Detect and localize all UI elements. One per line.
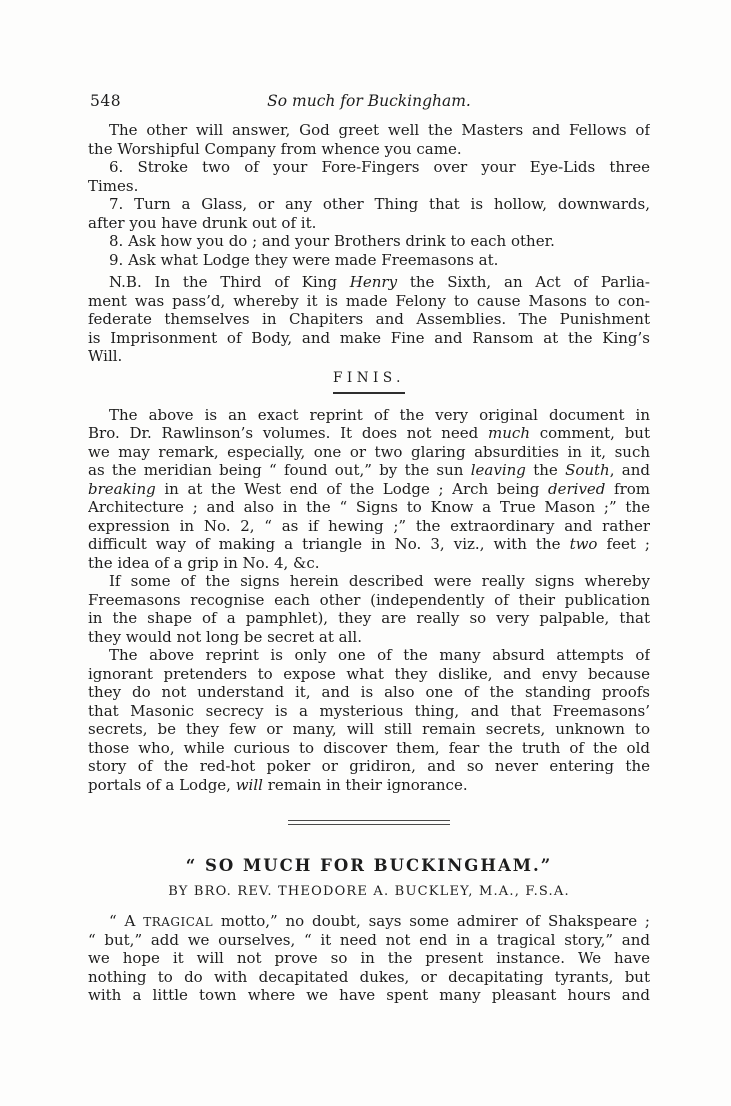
paragraph: 8. Ask how you do ; and your Brothers dr… xyxy=(88,232,650,251)
paragraph: 9. Ask what Lodge they were made Freemas… xyxy=(88,251,650,270)
text-line: that Masonic secrecy is a mysterious thi… xyxy=(88,702,650,721)
text-segment: Times. xyxy=(88,177,138,195)
paragraph: The above is an exact reprint of the ver… xyxy=(88,406,650,573)
article-byline: BY BRO. REV. THEODORE A. BUCKLEY, M.A., … xyxy=(88,884,650,899)
italic-text: breaking xyxy=(88,480,156,498)
text-line: story of the red-hot poker or gridiron, … xyxy=(88,757,650,776)
text-line: the Worshipful Company from whence you c… xyxy=(88,140,650,159)
paragraph: The above reprint is only one of the man… xyxy=(88,646,650,794)
text-line: nothing to do with decapitated dukes, or… xyxy=(88,968,650,987)
text-segment: Will. xyxy=(88,347,122,365)
text-segment: they do not understand it, and is also o… xyxy=(88,683,650,701)
paragraph: If some of the signs herein described we… xyxy=(88,572,650,646)
text-segment: “ A xyxy=(109,912,143,930)
running-head: So much for Buckingham. xyxy=(88,92,650,110)
text-line: The other will answer, God greet well th… xyxy=(88,121,650,140)
paragraph: N.B. In the Third of King Henry the Sixt… xyxy=(88,273,650,366)
text-segment: N.B. In the Third of King xyxy=(109,273,350,291)
text-line: secrets, be they few or many, will still… xyxy=(88,720,650,739)
italic-text: much xyxy=(488,424,530,442)
text-line: ignorant pretenders to expose what they … xyxy=(88,665,650,684)
text-line: with a little town where we have spent m… xyxy=(88,986,650,1005)
text-line: federate themselves in Chapiters and Ass… xyxy=(88,310,650,329)
italic-text: derived xyxy=(548,480,605,498)
text-segment: , and xyxy=(610,461,650,479)
text-segment: nothing to do with decapitated dukes, or… xyxy=(88,968,650,986)
text-segment: Freemasons recognise each other (indepen… xyxy=(88,591,650,609)
text-line: in the shape of a pamphlet), they are re… xyxy=(88,609,650,628)
article-end-body: The other will answer, God greet well th… xyxy=(88,121,650,366)
italic-text: two xyxy=(570,535,598,553)
book-page: 548 So much for Buckingham. The other wi… xyxy=(0,0,731,1106)
paragraph: The other will answer, God greet well th… xyxy=(88,121,650,158)
text-line: N.B. In the Third of King Henry the Sixt… xyxy=(88,273,650,292)
text-block: 548 So much for Buckingham. The other wi… xyxy=(88,92,650,1005)
italic-text: South xyxy=(565,461,610,479)
finis-label: FINIS. xyxy=(88,370,650,386)
text-line: as the meridian being “ found out,” by t… xyxy=(88,461,650,480)
text-line: the idea of a grip in No. 4, &c. xyxy=(88,554,650,573)
text-line: 7. Turn a Glass, or any other Thing that… xyxy=(88,195,650,214)
section-divider xyxy=(288,820,450,825)
text-line: after you have drunk out of it. xyxy=(88,214,650,233)
paragraph: 6. Stroke two of your Fore-Fingers over … xyxy=(88,158,650,195)
text-segment: secrets, be they few or many, will still… xyxy=(88,720,650,738)
text-segment: 8. Ask how you do ; and your Brothers dr… xyxy=(109,232,555,250)
page-header: 548 So much for Buckingham. xyxy=(88,92,650,112)
text-line: difficult way of making a triangle in No… xyxy=(88,535,650,554)
text-segment: feet ; xyxy=(597,535,650,553)
text-line: “ A TRAGICAL motto,” no doubt, says some… xyxy=(88,912,650,931)
text-segment: ignorant pretenders to expose what they … xyxy=(88,665,650,683)
text-line: Times. xyxy=(88,177,650,196)
commentary-body: The above is an exact reprint of the ver… xyxy=(88,406,650,795)
text-segment: 6. Stroke two of your Fore-Fingers over … xyxy=(109,158,650,176)
text-line: 9. Ask what Lodge they were made Freemas… xyxy=(88,251,650,270)
text-line: Freemasons recognise each other (indepen… xyxy=(88,591,650,610)
text-line: Will. xyxy=(88,347,650,366)
text-segment: they would not long be secret at all. xyxy=(88,628,362,646)
text-segment: Bro. Dr. Rawlinson’s volumes. It does no… xyxy=(88,424,488,442)
text-line: they do not understand it, and is also o… xyxy=(88,683,650,702)
text-line: breaking in at the West end of the Lodge… xyxy=(88,480,650,499)
text-segment: comment, but xyxy=(530,424,650,442)
text-segment: with a little town where we have spent m… xyxy=(88,986,650,1004)
text-segment: portals of a Lodge, xyxy=(88,776,236,794)
text-segment: we hope it will not prove so in the pres… xyxy=(88,949,650,967)
text-line: portals of a Lodge, will remain in their… xyxy=(88,776,650,795)
italic-text: will xyxy=(236,776,263,794)
text-segment: those who, while curious to discover the… xyxy=(88,739,650,757)
text-segment: Architecture ; and also in the “ Signs t… xyxy=(88,498,650,516)
text-segment: motto,” no doubt, says some admirer of S… xyxy=(213,912,650,930)
text-segment: remain in their ignorance. xyxy=(263,776,468,794)
text-segment: difficult way of making a triangle in No… xyxy=(88,535,570,553)
text-segment: we may remark, especially, one or two gl… xyxy=(88,443,650,461)
text-segment: in the shape of a pamphlet), they are re… xyxy=(88,609,650,627)
text-line: ment was pass’d, whereby it is made Felo… xyxy=(88,292,650,311)
text-segment: expression in No. 2, “ as if hewing ;” t… xyxy=(88,517,650,535)
text-segment: The other will answer, God greet well th… xyxy=(109,121,650,139)
text-segment: The above reprint is only one of the man… xyxy=(109,646,650,664)
text-line: If some of the signs herein described we… xyxy=(88,572,650,591)
text-segment: federate themselves in Chapiters and Ass… xyxy=(88,310,650,328)
text-segment: from xyxy=(605,480,650,498)
text-segment: 7. Turn a Glass, or any other Thing that… xyxy=(109,195,650,213)
text-segment: ment was pass’d, whereby it is made Felo… xyxy=(88,292,650,310)
text-line: The above reprint is only one of the man… xyxy=(88,646,650,665)
paragraph: 7. Turn a Glass, or any other Thing that… xyxy=(88,195,650,232)
text-segment: that Masonic secrecy is a mysterious thi… xyxy=(88,702,650,720)
text-line: 6. Stroke two of your Fore-Fingers over … xyxy=(88,158,650,177)
article-title: “ SO MUCH FOR BUCKINGHAM.” xyxy=(88,856,650,875)
text-line: they would not long be secret at all. xyxy=(88,628,650,647)
text-segment: story of the red-hot poker or gridiron, … xyxy=(88,757,650,775)
finis-rule xyxy=(333,392,405,394)
italic-text: Henry xyxy=(350,273,397,291)
text-line: Architecture ; and also in the “ Signs t… xyxy=(88,498,650,517)
smallcaps-text: TRAGICAL xyxy=(143,915,213,929)
text-line: is Imprisonment of Body, and make Fine a… xyxy=(88,329,650,348)
text-line: “ but,” add we ourselves, “ it need not … xyxy=(88,931,650,950)
text-segment: is Imprisonment of Body, and make Fine a… xyxy=(88,329,650,347)
text-segment: the xyxy=(526,461,565,479)
text-segment: as the meridian being “ found out,” by t… xyxy=(88,461,471,479)
text-line: we may remark, especially, one or two gl… xyxy=(88,443,650,462)
text-line: expression in No. 2, “ as if hewing ;” t… xyxy=(88,517,650,536)
italic-text: leaving xyxy=(471,461,526,479)
text-segment: 9. Ask what Lodge they were made Freemas… xyxy=(109,251,498,269)
text-line: 8. Ask how you do ; and your Brothers dr… xyxy=(88,232,650,251)
paragraph: “ A TRAGICAL motto,” no doubt, says some… xyxy=(88,912,650,1005)
text-segment: in at the West end of the Lodge ; Arch b… xyxy=(156,480,548,498)
text-segment: The above is an exact reprint of the ver… xyxy=(109,406,650,424)
page-number: 548 xyxy=(90,92,121,110)
article-new-body: “ A TRAGICAL motto,” no doubt, says some… xyxy=(88,912,650,1005)
text-line: we hope it will not prove so in the pres… xyxy=(88,949,650,968)
text-segment: after you have drunk out of it. xyxy=(88,214,316,232)
text-segment: the Worshipful Company from whence you c… xyxy=(88,140,462,158)
text-segment: If some of the signs herein described we… xyxy=(109,572,650,590)
text-segment: “ but,” add we ourselves, “ it need not … xyxy=(88,931,650,949)
text-segment: the Sixth, an Act of Parlia- xyxy=(397,273,650,291)
text-line: The above is an exact reprint of the ver… xyxy=(88,406,650,425)
text-segment: the idea of a grip in No. 4, &c. xyxy=(88,554,320,572)
text-line: Bro. Dr. Rawlinson’s volumes. It does no… xyxy=(88,424,650,443)
text-line: those who, while curious to discover the… xyxy=(88,739,650,758)
